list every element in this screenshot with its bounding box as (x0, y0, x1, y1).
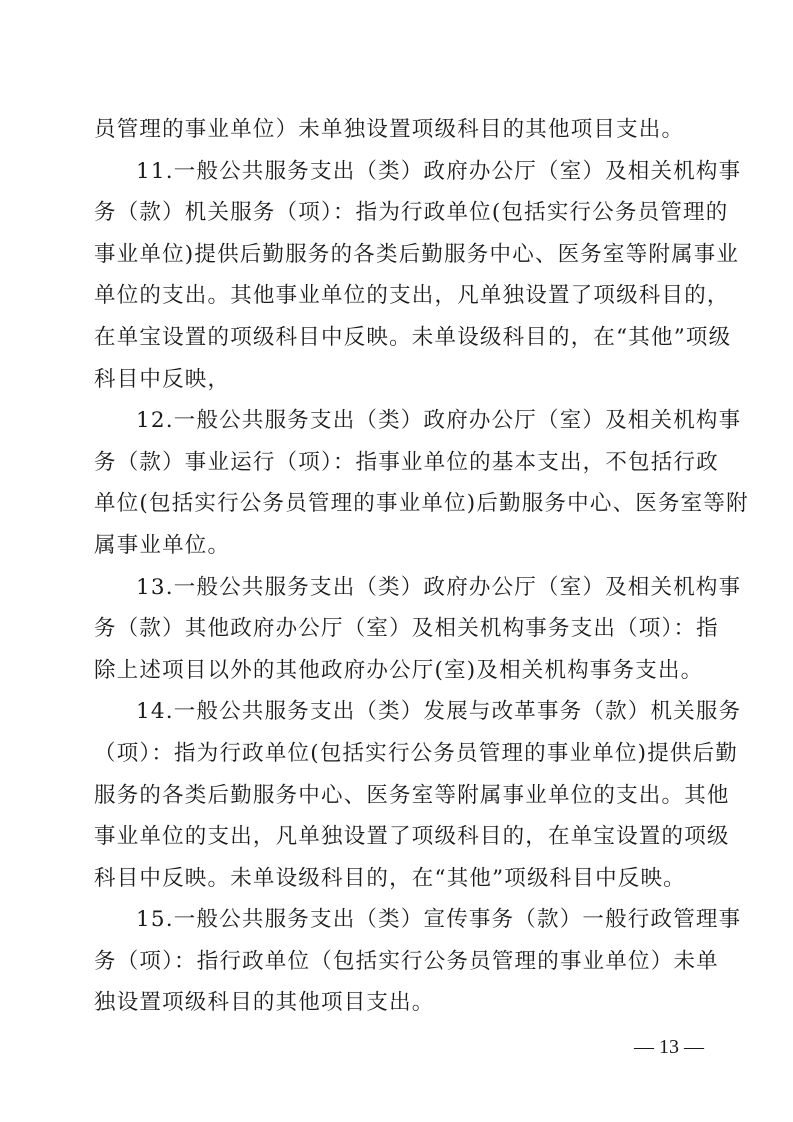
paragraph-item-15: 15.一般公共服务支出（类）宣传事务（款）一般行政管理事 务（项）：指行政单位（… (94, 899, 706, 1024)
text-line: 务（项）：指行政单位（包括实行公务员管理的事业单位）未单 (94, 941, 706, 983)
paragraph-continuation: 员管理的事业单位）未单独设置项级科目的其他项目支出。 (94, 109, 706, 151)
text-line: 务（款）事业运行（项）：指事业单位的基本支出，不包括行政 (94, 442, 706, 484)
paragraph-item-13: 13.一般公共服务支出（类）政府办公厅（室）及相关机构事 务（款）其他政府办公厅… (94, 567, 706, 692)
text-line: 在单宝设置的项级科目中反映。未单设级科目的，在“其他”项级 (94, 317, 706, 359)
paragraph-item-14: 14.一般公共服务支出（类）发展与改革事务（款）机关服务 （项）：指为行政单位(… (94, 691, 706, 899)
text-line: 事业单位的支出，凡单独设置了项级科目的，在单宝设置的项级 (94, 816, 706, 858)
text-line: 除上述项目以外的其他政府办公厅(室)及相关机构事务支出。 (94, 650, 706, 692)
document-body: 员管理的事业单位）未单独设置项级科目的其他项目支出。 11.一般公共服务支出（类… (94, 109, 706, 1024)
text-line: 事业单位)提供后勤服务的各类后勤服务中心、医务室等附属事业 (94, 234, 706, 276)
text-line: 务（款）机关服务（项）：指为行政单位(包括实行公务员管理的 (94, 192, 706, 234)
text-line: 单位的支出。其他事业单位的支出，凡单独设置了项级科目的， (94, 275, 706, 317)
text-line: 科目中反映， (94, 359, 706, 401)
page-number: — 13 — (634, 1036, 704, 1059)
text-line: 服务的各类后勤服务中心、医务室等附属事业单位的支出。其他 (94, 775, 706, 817)
text-line: 科目中反映。未单设级科目的，在“其他”项级科目中反映。 (94, 858, 706, 900)
text-line: 员管理的事业单位）未单独设置项级科目的其他项目支出。 (94, 109, 706, 151)
text-line: 15.一般公共服务支出（类）宣传事务（款）一般行政管理事 (94, 899, 706, 941)
paragraph-item-11: 11.一般公共服务支出（类）政府办公厅（室）及相关机构事 务（款）机关服务（项）… (94, 151, 706, 401)
text-line: 11.一般公共服务支出（类）政府办公厅（室）及相关机构事 (94, 151, 706, 193)
text-line: 14.一般公共服务支出（类）发展与改革事务（款）机关服务 (94, 691, 706, 733)
text-line: （项）：指为行政单位(包括实行公务员管理的事业单位)提供后勤 (94, 733, 706, 775)
text-line: 单位(包括实行公务员管理的事业单位)后勤服务中心、医务室等附 (94, 483, 706, 525)
text-line: 12.一般公共服务支出（类）政府办公厅（室）及相关机构事 (94, 400, 706, 442)
text-line: 独设置项级科目的其他项目支出。 (94, 982, 706, 1024)
text-line: 务（款）其他政府办公厅（室）及相关机构事务支出（项）：指 (94, 608, 706, 650)
paragraph-item-12: 12.一般公共服务支出（类）政府办公厅（室）及相关机构事 务（款）事业运行（项）… (94, 400, 706, 566)
text-line: 属事业单位。 (94, 525, 706, 567)
text-line: 13.一般公共服务支出（类）政府办公厅（室）及相关机构事 (94, 567, 706, 609)
